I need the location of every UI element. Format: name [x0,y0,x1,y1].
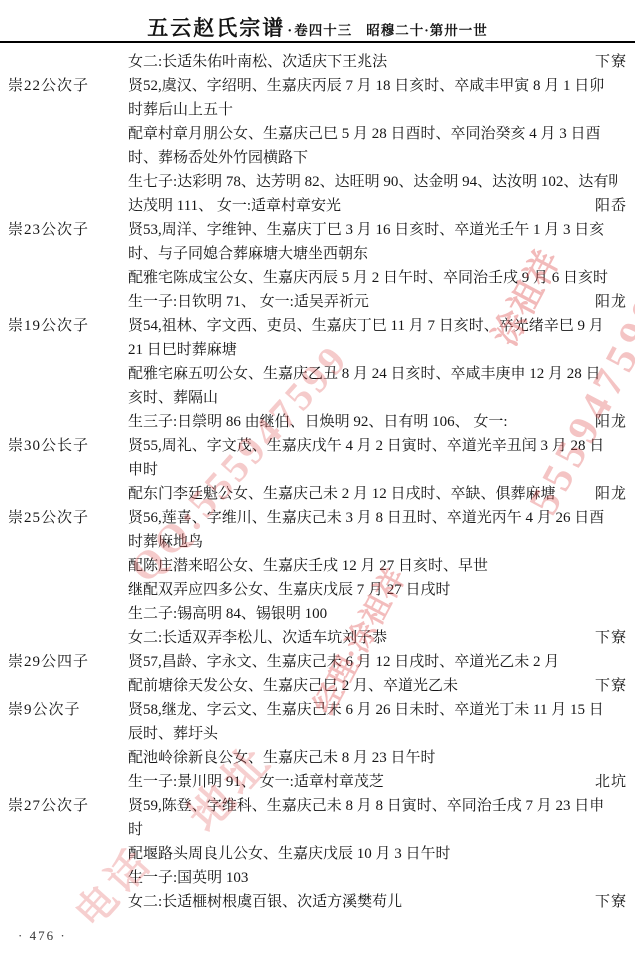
entry-line: 崇25公次子 贤56,莲喜、字维川、生嘉庆己未 3 月 8 日丑时、卒道光丙午 … [0,506,635,530]
entry-text: 申时 [128,458,617,482]
generation-label: 崇27公次子 [8,794,128,818]
entry-text: 配池岭徐新良公女、生嘉庆己未 8 月 23 日午时 [128,746,617,770]
entries-body: 女二:长适朱佑叶南松、次适庆下王兆法 下寮 崇22公次子 贤52,虞汉、字绍明、… [0,50,635,914]
entry-line: 亥时、葬隔山 [0,386,635,410]
generation-label: 崇9公次子 [8,698,128,722]
entry-text: 时葬后山上五十 [128,98,617,122]
page-header: 五云赵氏宗谱·卷四十三昭穆二十·第卅一世 [0,12,635,42]
entry-line: 崇29公四子 贤57,昌龄、字永文、生嘉庆己未 6 月 12 日戌时、卒道光乙未… [0,650,635,674]
entry-line: 配陈庄潜来昭公女、生嘉庆壬戌 12 月 27 日亥时、早世 [0,554,635,578]
section-label: 昭穆二十·第卅一世 [366,23,488,38]
entry-line: 配堰路头周良儿公女、生嘉庆戊辰 10 月 3 日午时 [0,842,635,866]
entry-text: 时 [128,818,617,842]
entry-line: 生七子:达彩明 78、达芳明 82、达旺明 90、达金明 94、达汝明 102、… [0,170,635,194]
entry-line: 配池岭徐新良公女、生嘉庆己未 8 月 23 日午时 [0,746,635,770]
entry-line: 配雅宅麻五叨公女、生嘉庆乙丑 8 月 24 日亥时、卒咸丰庚申 12 月 28 … [0,362,635,386]
entry-line: 崇9公次子 贤58,继龙、字云文、生嘉庆己未 6 月 26 日未时、卒道光丁未 … [0,698,635,722]
residence-annotation: 下寮 [585,626,627,650]
residence-annotation: 下寮 [585,674,627,698]
entry-text: 生二子:锡高明 84、锡银明 100 [128,602,617,626]
entry-line: 时葬麻地鸟 [0,530,635,554]
header-rule [0,41,635,43]
generation-label: 崇29公四子 [8,650,128,674]
entry-text: 生一子:景川明 91、 女一:适章村章茂芝 [128,770,585,794]
entry-line: 生一子:国英明 103 [0,866,635,890]
entry-line: 崇23公次子 贤53,周洋、字维钟、生嘉庆丁巳 3 月 16 日亥时、卒道光壬午… [0,218,635,242]
residence-annotation: 下寮 [585,50,627,74]
entry-text: 贤54,祖林、字文西、吏员、生嘉庆丁巳 11 月 7 日亥时、卒光绪辛巳 9 月 [128,314,617,338]
entry-text: 亥时、葬隔山 [128,386,617,410]
entry-line: 时、与子同媳合葬麻塘大塘坐西朝东 [0,242,635,266]
entry-text: 配东门李廷魁公女、生嘉庆己未 2 月 12 日戌时、卒缺、俱葬麻塘 [128,482,585,506]
entry-text: 配陈庄潜来昭公女、生嘉庆壬戌 12 月 27 日亥时、早世 [128,554,617,578]
generation-label: 崇30公长子 [8,434,128,458]
entry-line: 申时 [0,458,635,482]
entry-line: 崇19公次子 贤54,祖林、字文西、吏员、生嘉庆丁巳 11 月 7 日亥时、卒光… [0,314,635,338]
entry-text: 配雅宅陈成宝公女、生嘉庆丙辰 5 月 2 日午时、卒同治壬戌 9 月 6 日亥时 [128,266,617,290]
generation-label: 崇23公次子 [8,218,128,242]
page-number: · 476 · [18,928,67,944]
entry-text: 贤53,周洋、字维钟、生嘉庆丁巳 3 月 16 日亥时、卒道光壬午 1 月 3 … [128,218,617,242]
entry-text: 女二:长适双弄李松儿、次适车坑刘子恭 [128,626,585,650]
entry-text: 时葬麻地鸟 [128,530,617,554]
entry-text: 21 日巳时葬麻塘 [128,338,617,362]
entry-line: 生一子:日钦明 71、 女一:适吴弄祈元 阳龙 [0,290,635,314]
genealogy-page: 五云赵氏宗谱·卷四十三昭穆二十·第卅一世 女二:长适朱佑叶南松、次适庆下王兆法 … [0,0,635,968]
entry-text: 辰时、葬圩头 [128,722,617,746]
residence-annotation: 北坑 [585,770,627,794]
entry-line: 崇22公次子 贤52,虞汉、字绍明、生嘉庆丙辰 7 月 18 日亥时、卒咸丰甲寅… [0,74,635,98]
entry-text: 配前塘徐天发公女、生嘉庆己巳 2 月、卒道光乙未 [128,674,585,698]
entry-line: 女二:长适榧树根虞百银、次适方溪樊苟儿 下寮 [0,890,635,914]
entry-text: 继配双弄应四多公女、生嘉庆戊辰 7 月 27 日戌时 [128,578,617,602]
entry-line: 生二子:锡高明 84、锡银明 100 [0,602,635,626]
entry-text: 贤55,周礼、字文茂、生嘉庆戊午 4 月 2 日寅时、卒道光辛丑闰 3 月 28… [128,434,617,458]
entry-text: 贤56,莲喜、字维川、生嘉庆己未 3 月 8 日丑时、卒道光丙午 4 月 26 … [128,506,617,530]
entry-line: 女二:长适双弄李松儿、次适车坑刘子恭 下寮 [0,626,635,650]
generation-label: 崇25公次子 [8,506,128,530]
entry-line: 女二:长适朱佑叶南松、次适庆下王兆法 下寮 [0,50,635,74]
generation-label: 崇19公次子 [8,314,128,338]
entry-text: 生一子:日钦明 71、 女一:适吴弄祈元 [128,290,585,314]
entry-line: 时、葬杨岙处外竹园横路下 [0,146,635,170]
title-separator-dot: · [285,23,294,39]
entry-text: 达茂明 111、 女一:适章村章安光 [128,194,585,218]
entry-text: 配雅宅麻五叨公女、生嘉庆乙丑 8 月 24 日亥时、卒咸丰庚申 12 月 28 … [128,362,617,386]
residence-annotation: 阳龙 [585,290,627,314]
residence-annotation: 下寮 [585,890,627,914]
entry-line: 21 日巳时葬麻塘 [0,338,635,362]
entry-line: 时 [0,818,635,842]
entry-text: 生七子:达彩明 78、达芳明 82、达旺明 90、达金明 94、达汝明 102、… [128,170,617,194]
entry-line: 崇27公次子 贤59,陈登、字维科、生嘉庆己未 8 月 8 日寅时、卒同治壬戌 … [0,794,635,818]
entry-line: 配章村章月朋公女、生嘉庆己巳 5 月 28 日酉时、卒同治癸亥 4 月 3 日酉 [0,122,635,146]
entry-text: 女二:长适榧树根虞百银、次适方溪樊苟儿 [128,890,585,914]
entry-text: 贤52,虞汉、字绍明、生嘉庆丙辰 7 月 18 日亥时、卒咸丰甲寅 8 月 1 … [128,74,617,98]
entry-text: 贤58,继龙、字云文、生嘉庆己未 6 月 26 日未时、卒道光丁未 11 月 1… [128,698,617,722]
residence-annotation: 阳龙 [585,482,627,506]
page-title: 五云赵氏宗谱 [147,16,285,40]
entry-line: 达茂明 111、 女一:适章村章安光 阳岙 [0,194,635,218]
entry-text: 时、葬杨岙处外竹园横路下 [128,146,617,170]
entry-text: 配堰路头周良儿公女、生嘉庆戊辰 10 月 3 日午时 [128,842,617,866]
entry-line: 继配双弄应四多公女、生嘉庆戊辰 7 月 27 日戌时 [0,578,635,602]
entry-line: 配前塘徐天发公女、生嘉庆己巳 2 月、卒道光乙未 下寮 [0,674,635,698]
entry-text: 女二:长适朱佑叶南松、次适庆下王兆法 [128,50,585,74]
entry-line: 生一子:景川明 91、 女一:适章村章茂芝 北坑 [0,770,635,794]
entry-line: 辰时、葬圩头 [0,722,635,746]
residence-annotation: 阳岙 [585,194,627,218]
entry-text: 生一子:国英明 103 [128,866,617,890]
entry-text: 时、与子同媳合葬麻塘大塘坐西朝东 [128,242,617,266]
generation-label: 崇22公次子 [8,74,128,98]
entry-line: 配东门李廷魁公女、生嘉庆己未 2 月 12 日戌时、卒缺、俱葬麻塘 阳龙 [0,482,635,506]
volume-label: 卷四十三 [294,23,352,38]
entry-text: 贤57,昌龄、字永文、生嘉庆己未 6 月 12 日戌时、卒道光乙未 2 月 [128,650,617,674]
entry-line: 时葬后山上五十 [0,98,635,122]
residence-annotation: 阳龙 [585,410,627,434]
entry-line: 生三子:日禜明 86 由继伯、日焕明 92、日有明 106、 女一: 阳龙 [0,410,635,434]
entry-text: 贤59,陈登、字维科、生嘉庆己未 8 月 8 日寅时、卒同治壬戌 7 月 23 … [128,794,617,818]
entry-text: 配章村章月朋公女、生嘉庆己巳 5 月 28 日酉时、卒同治癸亥 4 月 3 日酉 [128,122,617,146]
entry-line: 配雅宅陈成宝公女、生嘉庆丙辰 5 月 2 日午时、卒同治壬戌 9 月 6 日亥时 [0,266,635,290]
entry-line: 崇30公长子 贤55,周礼、字文茂、生嘉庆戊午 4 月 2 日寅时、卒道光辛丑闰… [0,434,635,458]
entry-text: 生三子:日禜明 86 由继伯、日焕明 92、日有明 106、 女一: [128,410,585,434]
